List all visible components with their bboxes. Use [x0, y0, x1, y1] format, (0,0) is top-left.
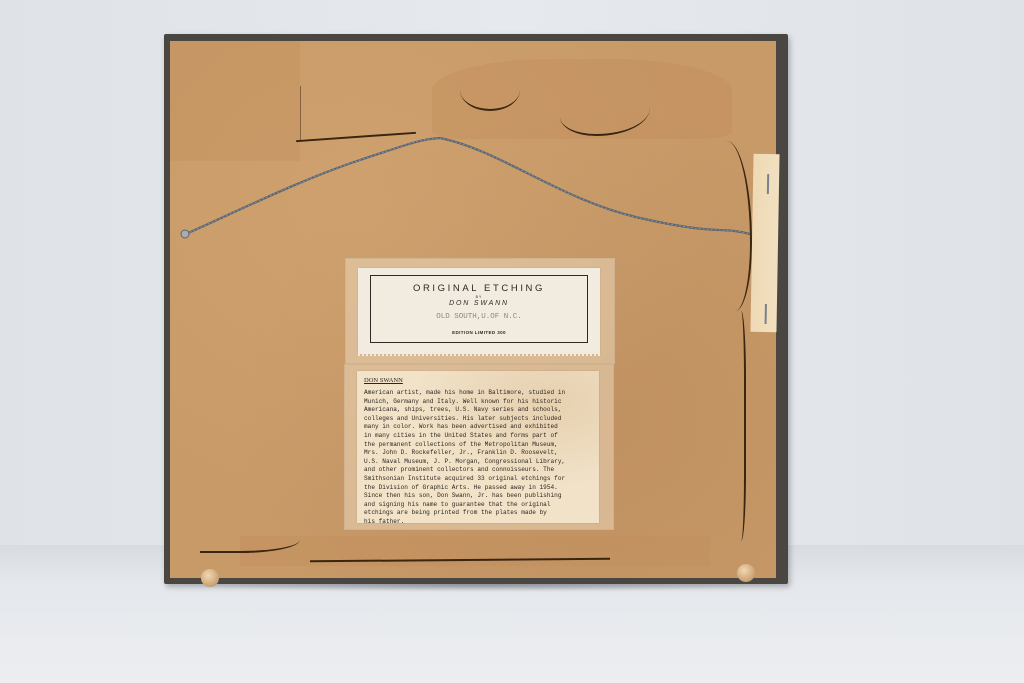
bio-line: Smithsonian Institute acquired 33 origin…: [364, 475, 593, 484]
label-border: ORIGINAL ETCHING BY DON SWANN OLD SOUTH,…: [370, 275, 588, 343]
bio-line: Mrs. John D. Rockefeller, Jr., Franklin …: [364, 449, 593, 458]
rip-line-vertical-left: [300, 86, 301, 141]
bio-line: etchings are being printed from the plat…: [364, 509, 593, 518]
side-paper-tag: [750, 154, 779, 332]
rip-line-top-notch-1: [460, 69, 520, 111]
label-title: ORIGINAL ETCHING: [371, 283, 587, 294]
torn-area-top-left: [170, 41, 300, 161]
label-edition: EDITION LIMITED 300: [371, 330, 587, 335]
bio-line: in many cities in the United States and …: [364, 432, 593, 441]
bio-line: the Division of Graphic Arts. He passed …: [364, 484, 593, 493]
staple-icon: [767, 174, 769, 194]
bio-line: and signing his name to guarantee that t…: [364, 501, 593, 510]
bio-heading: DON SWANN: [364, 377, 593, 384]
bio-line: Americana, ships, trees, U.S. Navy serie…: [364, 406, 593, 415]
artist-bio-label: DON SWANN American artist, made his home…: [357, 371, 599, 523]
bio-line: and other prominent collectors and conno…: [364, 466, 593, 475]
bio-line: colleges and Universities. His later sub…: [364, 415, 593, 424]
original-etching-label: ORIGINAL ETCHING BY DON SWANN OLD SOUTH,…: [358, 268, 600, 354]
perforated-edge: [358, 352, 600, 356]
label-by: BY: [371, 295, 587, 299]
wall-bumper-right: [737, 564, 755, 582]
staple-icon: [765, 304, 767, 324]
bio-line: Since then his son, Don Swann, Jr. has b…: [364, 492, 593, 501]
rip-line-right-curve: [710, 141, 752, 311]
bio-text: American artist, made his home in Baltim…: [364, 389, 593, 527]
bio-line: American artist, made his home in Baltim…: [364, 389, 593, 398]
rip-line-top: [296, 132, 416, 142]
wall-bumper-left: [201, 569, 219, 587]
bio-line: U.S. Naval Museum, J. P. Morgan, Congres…: [364, 458, 593, 467]
rip-line-right-lower: [730, 311, 746, 541]
bio-line: many in color. Work has been advertised …: [364, 423, 593, 432]
bio-line: his father.: [364, 518, 593, 527]
label-artist: DON SWANN: [371, 300, 587, 307]
bio-line: Munich, Germany and Italy. Well known fo…: [364, 398, 593, 407]
bio-line: the permanent collections of the Metropo…: [364, 441, 593, 450]
label-subject: OLD SOUTH,U.OF N.C.: [371, 313, 587, 321]
